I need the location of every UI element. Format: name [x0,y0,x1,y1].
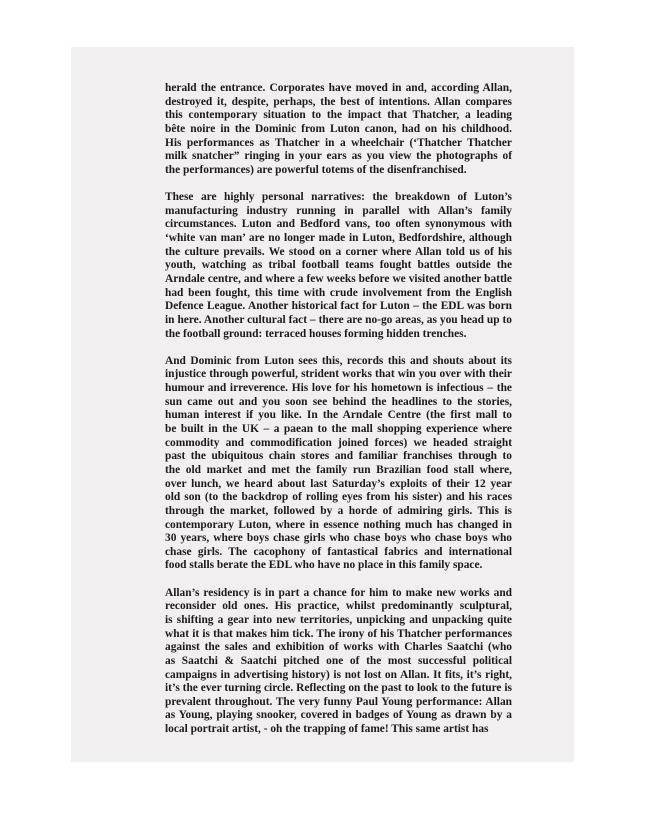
text-line: His performances as Thatcher in a wheelc… [165,137,512,151]
text-line: circumstances. Luton and Bedford vans, t… [165,218,512,232]
text-line: be built in the UK – a paean to the mall… [165,423,512,437]
text-line: the football ground: terraced houses for… [165,328,512,342]
text-line: had been fought, this time with crude in… [165,287,512,301]
text-line: human interest if you like. In the Arnda… [165,409,512,423]
paragraph: Allan’s residency is in part a chance fo… [165,587,512,737]
text-line: manufacturing industry running in parall… [165,205,512,219]
text-line: sun came out and you soon see behind the… [165,396,512,410]
text-line: injustice through powerful, strident wor… [165,368,512,382]
text-line: ‘white van man’ are no longer made in Lu… [165,232,512,246]
text-line: is shifting a gear into new territories,… [165,614,512,628]
paragraph: And Dominic from Luton sees this, record… [165,355,512,573]
text-line: the culture prevails. We stood on a corn… [165,246,512,260]
text-line: reconsider old ones. His practice, whils… [165,600,512,614]
text-line: campaigns in advertising history) is not… [165,669,512,683]
text-line: past the ubiquitous chain stores and fam… [165,450,512,464]
text-line: old son (to the backdrop of rolling eyes… [165,491,512,505]
text-line: These are highly personal narratives: th… [165,191,512,205]
text-line: this contemporary situation to the impac… [165,109,512,123]
text-line: Allan’s residency is in part a chance fo… [165,587,512,601]
text-line: Arndale centre, and where a few weeks be… [165,273,512,287]
body-text: herald the entrance. Corporates have mov… [165,82,512,737]
text-line: local portrait artist, - oh the trapping… [165,723,512,737]
text-line: milk snatcher” ringing in your ears as y… [165,150,512,164]
text-line: as Saatchi & Saatchi pitched one of the … [165,655,512,669]
text-line: And Dominic from Luton sees this, record… [165,355,512,369]
text-line: bête noire in the Dominic from Luton can… [165,123,512,137]
text-line: through the market, followed by a horde … [165,505,512,519]
text-line: Defence League. Another historical fact … [165,300,512,314]
text-line: 30 years, where boys chase girls who cha… [165,532,512,546]
document-page: herald the entrance. Corporates have mov… [71,47,574,762]
text-line: contemporary Luton, where in essence not… [165,519,512,533]
paragraph: These are highly personal narratives: th… [165,191,512,341]
text-line: food stalls berate the EDL who have no p… [165,559,512,573]
text-line: over lunch, we heard about last Saturday… [165,478,512,492]
text-line: humour and irreverence. His love for his… [165,382,512,396]
text-line: it’s the ever turning circle. Reflecting… [165,682,512,696]
text-line: prevalent throughout. The very funny Pau… [165,696,512,710]
text-line: destroyed it, despite, perhaps, the best… [165,96,512,110]
text-line: commodity and commodification joined for… [165,437,512,451]
paragraph: herald the entrance. Corporates have mov… [165,82,512,177]
text-line: in here. Another cultural fact – there a… [165,314,512,328]
text-line: chase girls. The cacophony of fantastica… [165,546,512,560]
text-line: herald the entrance. Corporates have mov… [165,82,512,96]
text-line: the performances) are powerful totems of… [165,164,512,178]
text-line: against the sales and exhibition of work… [165,641,512,655]
text-line: youth, watching as tribal football teams… [165,259,512,273]
text-line: what it is that makes him tick. The iron… [165,628,512,642]
text-line: as Young, playing snooker, covered in ba… [165,709,512,723]
text-line: the old market and met the family run Br… [165,464,512,478]
